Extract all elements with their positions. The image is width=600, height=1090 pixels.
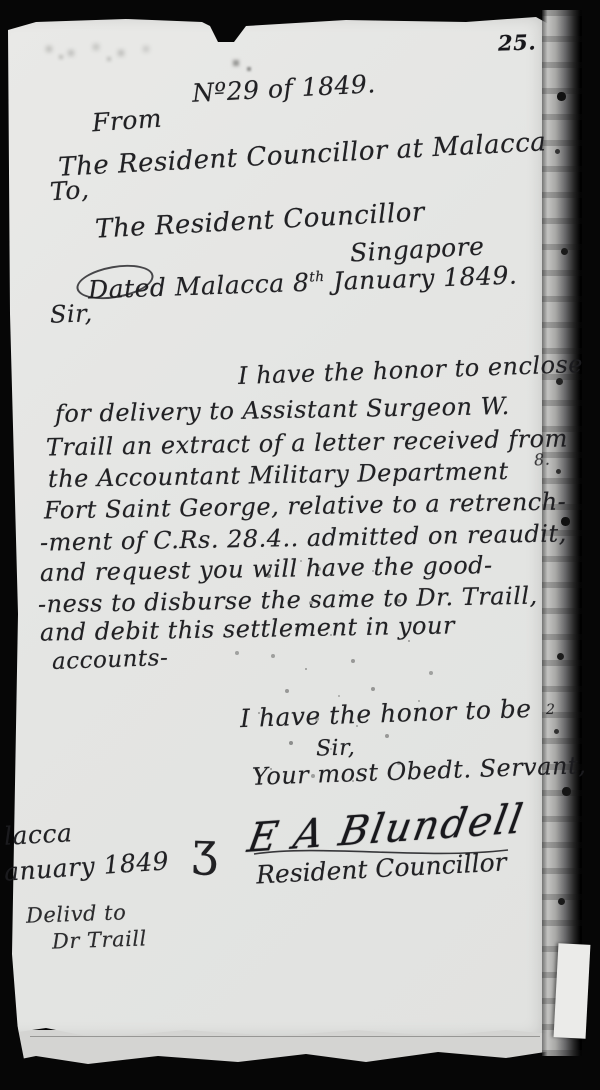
- from-label: From: [91, 104, 163, 138]
- page-number: 25.: [498, 29, 537, 55]
- closing-line: Sir,: [316, 735, 356, 761]
- ink-showthrough-speckles: [0, 0, 2, 2]
- scanned-letter-page: 25. Nº29 of 1849. From The Resident Coun…: [0, 0, 600, 1090]
- body-line: accounts-: [52, 645, 169, 675]
- underpage-corner: [554, 943, 591, 1039]
- to-label: To,: [49, 175, 90, 207]
- marginalia-line: lacca: [3, 818, 73, 851]
- marginalia-brace-mark: ʒ: [191, 822, 219, 877]
- page-bottom-crease: [30, 1036, 540, 1037]
- stray-mark: 2: [546, 702, 555, 718]
- marginalia-line: Delivd to: [26, 900, 127, 927]
- salutation: Sir,: [50, 299, 94, 328]
- marginalia-line: Dr Traill: [52, 926, 148, 953]
- stray-mark: 8.: [533, 449, 551, 469]
- dateline-ordinal: th: [309, 269, 325, 286]
